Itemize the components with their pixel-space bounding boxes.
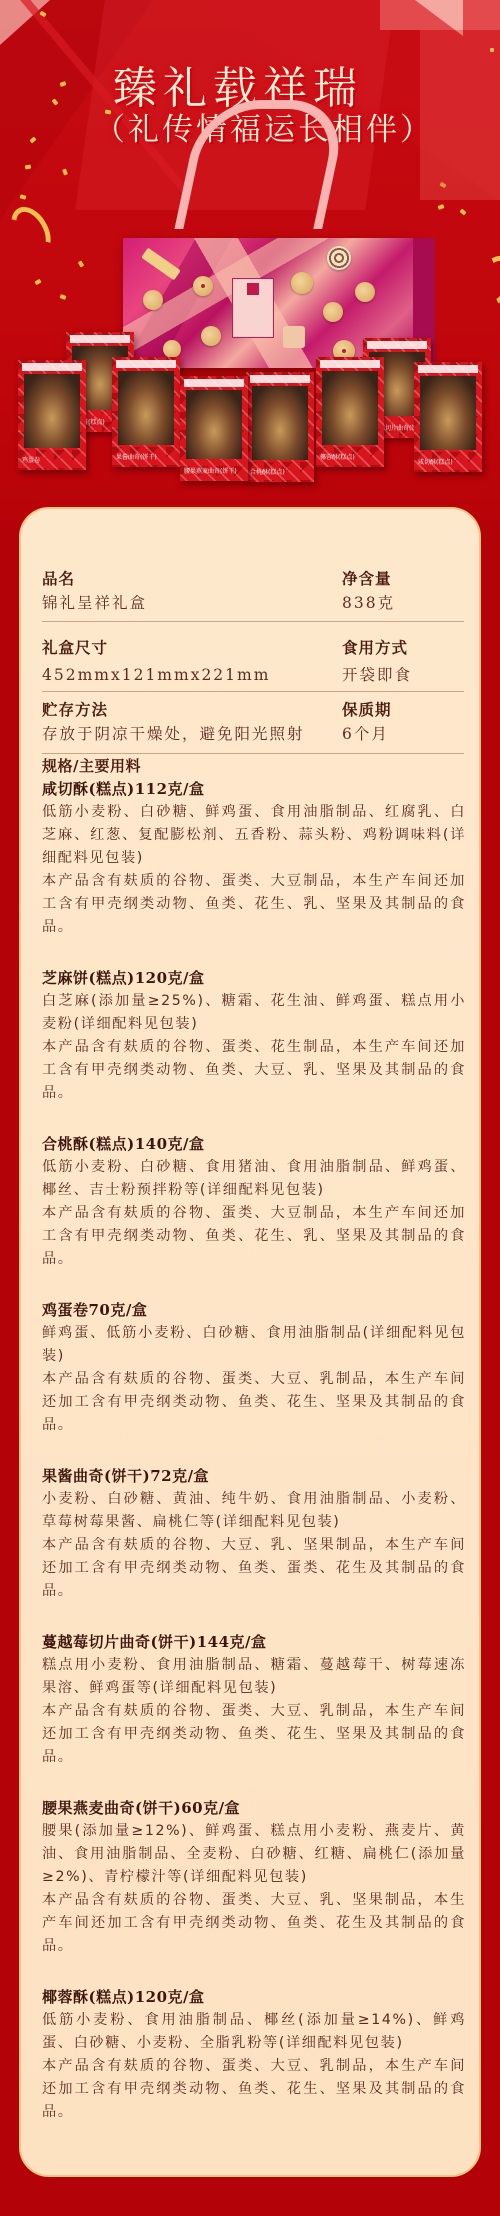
product-box: 腰果燕麦曲奇(饼干) bbox=[180, 376, 248, 481]
spec-item: 芝麻饼(糕点)120克/盒 白芝麻(添加量≥25%)、糖霜、花生油、鲜鸡蛋、糕点… bbox=[42, 966, 466, 1105]
hero-banner: 臻礼载祥瑞 （礼传情福运长相伴） 芝麻饼(糕点) 蔓越莓切片曲奇(饼干) 鸡蛋卷… bbox=[0, 0, 500, 520]
spec-item-name: 椰蓉酥(糕点)120克/盒 bbox=[42, 1985, 466, 2009]
spec-item: 果酱曲奇(饼干)72克/盒 小麦粉、白砂糖、黄油、纯牛奶、食用油脂制品、小麦粉、… bbox=[42, 1464, 466, 1603]
info-label-shelf-life: 保质期 bbox=[342, 700, 392, 720]
info-value-net-weight: 838克 bbox=[342, 591, 395, 615]
spec-item-allergen: 本产品含有麸质的谷物、蛋类、大豆、乳制品，本生产车间还加工含有甲壳纲类动物、鱼类… bbox=[42, 1368, 466, 1437]
product-box: 合桃酥(糕点) bbox=[246, 372, 314, 482]
info-value-product-name: 锦礼呈祥礼盒 bbox=[42, 591, 147, 615]
info-value-shelf-life: 6个月 bbox=[342, 722, 392, 746]
spec-item-ingredients: 白芝麻(添加量≥25%)、糖霜、花生油、鲜鸡蛋、糕点用小麦粉(详细配料见包装) bbox=[42, 990, 466, 1036]
product-box: 鸡蛋卷 bbox=[18, 360, 86, 470]
info-row: 礼盒尺寸 452mmx121mmx221mm 食用方式 开袋即食 bbox=[42, 622, 464, 692]
info-value-usage: 开袋即食 bbox=[342, 663, 412, 687]
spec-item: 咸切酥(糕点)112克/盒 低筋小麦粉、白砂糖、鲜鸡蛋、食用油脂制品、红腐乳、白… bbox=[42, 777, 466, 939]
spec-item-name: 芝麻饼(糕点)120克/盒 bbox=[42, 966, 466, 990]
spec-item-allergen: 本产品含有麸质的谷物、大豆、乳、坚果制品，本生产车间还加工含有甲壳纲类动物、鱼类… bbox=[42, 1534, 466, 1603]
spec-item-allergen: 本产品含有麸质的谷物、蛋类、大豆制品，本生产车间还加工含有甲壳纲类动物、鱼类、花… bbox=[42, 1202, 466, 1271]
spec-title: 规格/主要用料 bbox=[42, 755, 466, 777]
product-box: 果酱曲奇(饼干) bbox=[112, 357, 180, 467]
product-info-card: 品名 锦礼呈祥礼盒 净含量 838克 礼盒尺寸 452mmx121mmx221m… bbox=[19, 507, 481, 2177]
spec-item-name: 鸡蛋卷70克/盒 bbox=[42, 1298, 466, 1322]
spec-item-name: 合桃酥(糕点)140克/盒 bbox=[42, 1132, 466, 1156]
spec-item-name: 蔓越莓切片曲奇(饼干)144克/盒 bbox=[42, 1630, 466, 1654]
info-value-storage: 存放于阴凉干燥处，避免阳光照射 bbox=[42, 722, 305, 746]
product-box: 咸切酥(糕点) bbox=[414, 362, 482, 472]
info-label-product-name: 品名 bbox=[42, 569, 147, 589]
spec-item-name: 腰果燕麦曲奇(饼干)60克/盒 bbox=[42, 1796, 466, 1820]
spec-item-ingredients: 低筋小麦粉、白砂糖、鲜鸡蛋、食用油脂制品、红腐乳、白芝麻、红葱、复配膨松剂、五香… bbox=[42, 801, 466, 870]
spec-item-name: 咸切酥(糕点)112克/盒 bbox=[42, 777, 466, 801]
spec-item-ingredients: 腰果(添加量≥12%)、鲜鸡蛋、糕点用小麦粉、燕麦片、黄油、食用油脂制品、全麦粉… bbox=[42, 1820, 466, 1889]
bag-label bbox=[232, 278, 274, 338]
info-label-storage: 贮存方法 bbox=[42, 700, 305, 720]
spec-item-name: 果酱曲奇(饼干)72克/盒 bbox=[42, 1464, 466, 1488]
spec-item-ingredients: 低筋小麦粉、白砂糖、食用猪油、食用油脂制品、鲜鸡蛋、椰丝、吉士粉预拌粉等(详细配… bbox=[42, 1156, 466, 1202]
spec-item-ingredients: 糕点用小麦粉、食用油脂制品、糖霜、蔓越莓干、树莓速冻果溶、鲜鸡蛋等(详细配料见包… bbox=[42, 1654, 466, 1700]
spec-item-ingredients: 鲜鸡蛋、低筋小麦粉、白砂糖、食用油脂制品(详细配料见包装) bbox=[42, 1322, 466, 1368]
spec-item: 合桃酥(糕点)140克/盒 低筋小麦粉、白砂糖、食用猪油、食用油脂制品、鲜鸡蛋、… bbox=[42, 1132, 466, 1271]
info-label-usage: 食用方式 bbox=[342, 638, 412, 658]
spec-section: 规格/主要用料 咸切酥(糕点)112克/盒 低筋小麦粉、白砂糖、鲜鸡蛋、食用油脂… bbox=[42, 755, 466, 2151]
info-table: 品名 锦礼呈祥礼盒 净含量 838克 礼盒尺寸 452mmx121mmx221m… bbox=[42, 559, 464, 754]
spec-item: 腰果燕麦曲奇(饼干)60克/盒 腰果(添加量≥12%)、鲜鸡蛋、糕点用小麦粉、燕… bbox=[42, 1796, 466, 1958]
spec-item-allergen: 本产品含有麸质的谷物、蛋类、大豆、乳制品，本生产车间还加工含有甲壳纲类动物、鱼类… bbox=[42, 2055, 466, 2124]
spec-item: 鸡蛋卷70克/盒 鲜鸡蛋、低筋小麦粉、白砂糖、食用油脂制品(详细配料见包装) 本… bbox=[42, 1298, 466, 1437]
info-label-box-size: 礼盒尺寸 bbox=[42, 638, 270, 658]
info-row: 品名 锦礼呈祥礼盒 净含量 838克 bbox=[42, 559, 464, 622]
spec-item-allergen: 本产品含有麸质的谷物、蛋类、大豆制品，本生产车间还加工含有甲壳纲类动物、鱼类、花… bbox=[42, 870, 466, 939]
spec-item-allergen: 本产品含有麸质的谷物、蛋类、花生制品，本生产车间还加工含有甲壳纲类动物、鱼类、大… bbox=[42, 1036, 466, 1105]
spec-item: 蔓越莓切片曲奇(饼干)144克/盒 糕点用小麦粉、食用油脂制品、糖霜、蔓越莓干、… bbox=[42, 1630, 466, 1769]
spec-item-allergen: 本产品含有麸质的谷物、蛋类、大豆、乳、坚果制品，本生产车间还加工含有甲壳纲类动物… bbox=[42, 1889, 466, 1958]
info-value-box-size: 452mmx121mmx221mm bbox=[42, 663, 270, 687]
info-label-net-weight: 净含量 bbox=[342, 569, 395, 589]
spec-item-allergen: 本产品含有麸质的谷物、蛋类、大豆、乳制品，本生产车间还加工含有甲壳纲类动物、鱼类… bbox=[42, 1700, 466, 1769]
confetti-icon bbox=[490, 48, 494, 52]
spec-item-ingredients: 小麦粉、白砂糖、黄油、纯牛奶、食用油脂制品、小麦粉、草莓树莓果酱、扁桃仁等(详细… bbox=[42, 1488, 466, 1534]
spec-item-ingredients: 低筋小麦粉、食用油脂制品、椰丝(添加量≥14%)、鲜鸡蛋、白砂糖、小麦粉、全脂乳… bbox=[42, 2009, 466, 2055]
info-row: 贮存方法 存放于阴凉干燥处，避免阳光照射 保质期 6个月 bbox=[42, 692, 464, 754]
product-box: 椰蓉酥(糕点) bbox=[316, 357, 384, 467]
spec-item: 椰蓉酥(糕点)120克/盒 低筋小麦粉、食用油脂制品、椰丝(添加量≥14%)、鲜… bbox=[42, 1985, 466, 2124]
product-image: 芝麻饼(糕点) 蔓越莓切片曲奇(饼干) 鸡蛋卷 果酱曲奇(饼干) 合桃酥(糕点)… bbox=[0, 160, 500, 490]
